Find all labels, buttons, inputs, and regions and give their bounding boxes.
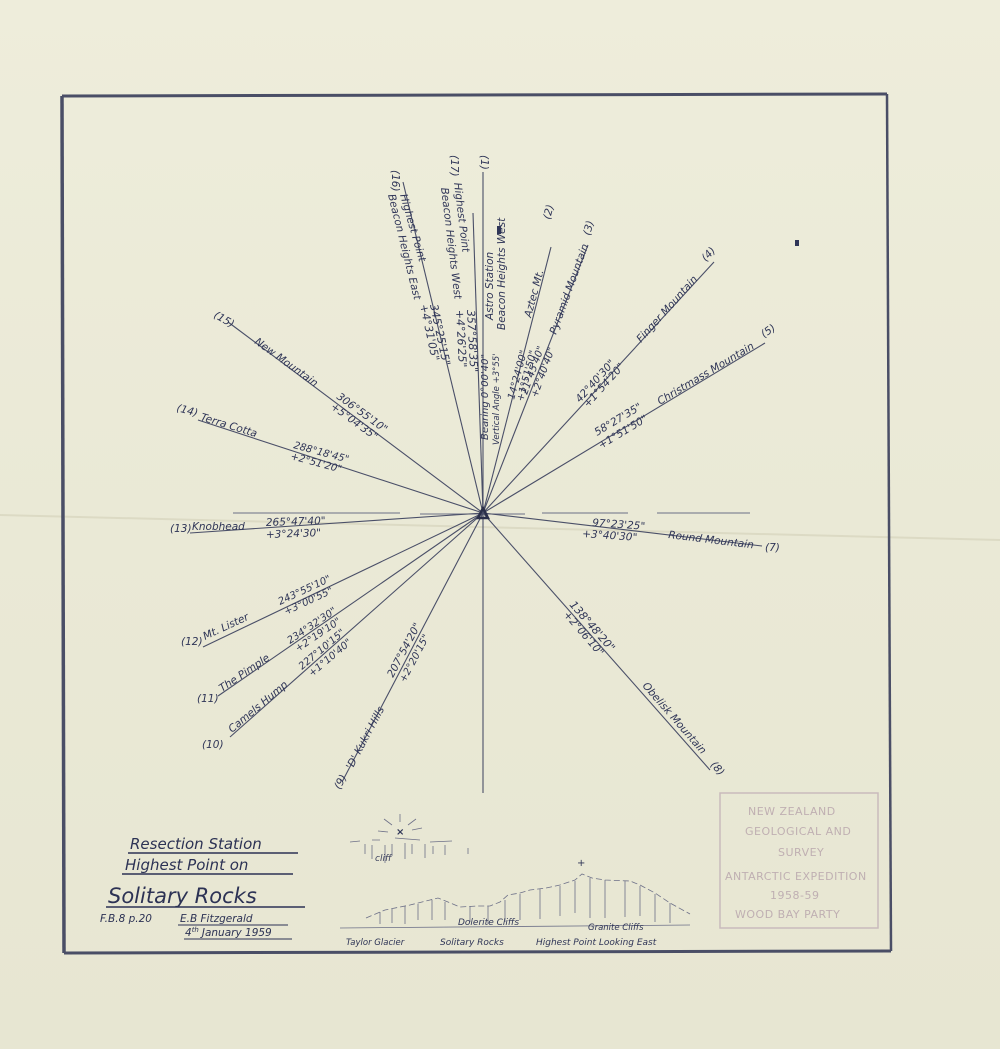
ray-8-number: (8) <box>708 759 727 778</box>
caption-solitary-rocks: Solitary Rocks <box>440 938 504 948</box>
ray-13-number: (13) <box>170 523 192 535</box>
field-book-ref: F.B.8 p.20 <box>100 913 152 925</box>
caption-highest-point: Highest Point Looking East <box>536 938 657 948</box>
ray-17-vertical: +4°26'25" <box>453 309 469 367</box>
ray-13-vertical: +3°24'30" <box>266 527 322 541</box>
panorama-sketch: + Dolerite Cliffs Granite Cliffs Taylor … <box>340 858 690 948</box>
ray-12-name: Mt. Lister <box>201 611 251 643</box>
ray-1-number: (1) <box>478 155 490 170</box>
title-line-3: Solitary Rocks <box>108 884 257 908</box>
date: 4thJanuary 1959 <box>185 926 272 939</box>
ray-12 <box>203 513 483 647</box>
ray-13-name: Knobhead <box>192 521 245 533</box>
ink-blot <box>795 240 799 246</box>
ray-14-name: Terra Cotta <box>199 411 258 440</box>
svg-text:ANTARCTIC EXPEDITION: ANTARCTIC EXPEDITION <box>725 870 867 883</box>
resection-diagram: (1) Astro Station Beacon Heights West Be… <box>0 0 1000 1049</box>
svg-text:SURVEY: SURVEY <box>778 846 824 859</box>
ray-11-name: The Pimple <box>217 652 272 695</box>
ray-4-number: (4) <box>699 245 718 264</box>
cliff-label: cliff <box>375 854 393 864</box>
ray-8-name: Obelisk Mountain <box>640 680 709 757</box>
ray-3-name: Pyramid Mountain <box>548 242 592 336</box>
expedition-stamp: NEW ZEALAND GEOLOGICAL AND SURVEY ANTARC… <box>720 793 878 928</box>
ink-blot <box>497 226 501 234</box>
ray-11-number: (11) <box>197 693 219 705</box>
cliff-sketch-small: × cliff <box>350 814 468 864</box>
ray-4-name: Finger Mountain <box>634 274 700 345</box>
summit-x-icon: × <box>396 827 404 838</box>
ray-7-number: (7) <box>765 542 780 554</box>
ray-1-vertical: Vertical Angle +3°55' <box>492 353 502 445</box>
author: E.B Fitzgerald <box>180 913 253 925</box>
ray-15-number: (15) <box>212 309 237 330</box>
ray-7-vertical: +3°40'30" <box>582 528 638 544</box>
title-line-1: Resection Station <box>130 835 262 853</box>
survey-sheet: (1) Astro Station Beacon Heights West Be… <box>0 0 1000 1049</box>
title-line-2: Highest Point on <box>125 856 248 874</box>
granite-cliffs-label: Granite Cliffs <box>588 923 644 933</box>
ray-3-number: (3) <box>581 219 596 236</box>
svg-text:1958-59: 1958-59 <box>770 889 819 902</box>
ray-14-number: (14) <box>175 402 199 419</box>
ray-2-name: Aztec Mt. <box>522 268 547 319</box>
fold-line <box>0 515 1000 540</box>
caption-taylor-glacier: Taylor Glacier <box>346 938 405 948</box>
ray-5-number: (5) <box>759 322 778 340</box>
ray-10-number: (10) <box>202 739 224 751</box>
bearing-rays <box>190 172 765 793</box>
ray-2-number: (2) <box>541 203 556 220</box>
ray-5-name: Christmass Mountain <box>655 340 756 407</box>
ray-12-number: (12) <box>181 636 203 648</box>
ray-1-name-a: Astro Station <box>484 252 496 321</box>
ray-16-number: (16) <box>389 170 401 192</box>
dolerite-cliffs-label: Dolerite Cliffs <box>458 918 519 928</box>
ray-9-name: 'D' Kukri Hills <box>344 704 387 771</box>
svg-text:NEW ZEALAND: NEW ZEALAND <box>748 805 836 818</box>
highest-point-cross-icon: + <box>577 858 585 869</box>
title-block: Resection Station Highest Point on Solit… <box>100 835 305 939</box>
ray-10-name: Camels Hump <box>226 679 290 736</box>
ray-15-name: New Mountain <box>252 336 320 390</box>
svg-text:GEOLOGICAL AND: GEOLOGICAL AND <box>745 825 851 838</box>
ray-17-number: (17) <box>448 155 460 177</box>
ray-1-bearing: Bearing 0°00'40" <box>480 354 491 440</box>
svg-text:WOOD BAY PARTY: WOOD BAY PARTY <box>735 908 840 921</box>
ray-9-number: (9) <box>332 773 350 792</box>
